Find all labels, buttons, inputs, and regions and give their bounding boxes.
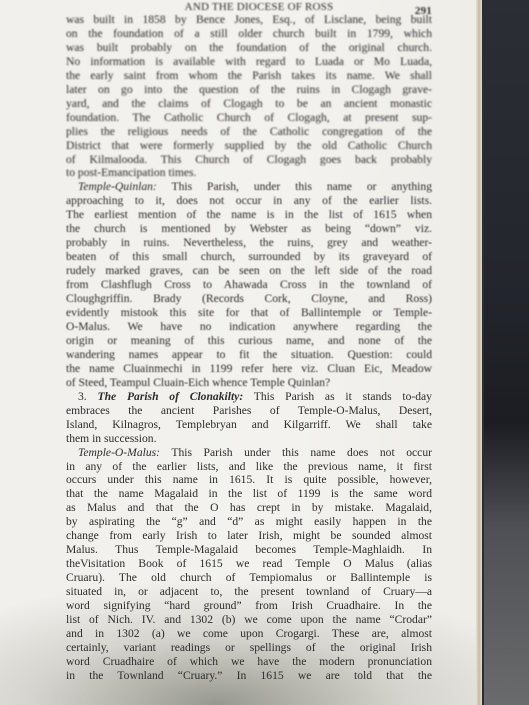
section-number: 3. — [78, 390, 87, 403]
text-line: the early saint from whom the Parish tak… — [66, 69, 432, 83]
paragraph-temple-quinlan: Temple-Quinlan: This Parish, under this … — [66, 180, 432, 389]
text-line: occurs under this name in 1615. It is qu… — [66, 473, 432, 487]
text-line: foundation. The Catholic Church of Cloga… — [66, 111, 432, 125]
text-line: District that were formerly supplied by … — [66, 139, 432, 153]
text-line: change from early Irish to later Irish, … — [66, 529, 432, 543]
text-line: situated in, or adjacent to, the present… — [66, 585, 432, 599]
section-heading: Temple-Quinlan: — [78, 180, 157, 193]
text-line: as Malus and that the O has crept in by … — [66, 501, 432, 515]
running-title: AND THE DIOCESE OF ROSS — [185, 1, 334, 13]
text-line: beaten of this small church, surrounded … — [66, 250, 432, 264]
text-line: Temple-O-Malus: This Parish under this n… — [66, 446, 432, 460]
text-line: Cruaru). The old church of Tempiomalus o… — [66, 571, 432, 585]
text-line: in any of the earlier lists, and like th… — [66, 460, 432, 474]
text-line: No information is available with regard … — [66, 55, 432, 69]
text-line: certainly, variant readings or spellings… — [66, 641, 432, 655]
book-page: AND THE DIOCESE OF ROSS 291 was built in… — [0, 0, 482, 705]
page-edge — [476, 0, 482, 705]
text-line: by aspirating the “g” and “d” as might e… — [66, 515, 432, 529]
text-line: plies the religious needs of the Catholi… — [66, 125, 432, 139]
page-text: AND THE DIOCESE OF ROSS 291 was built in… — [66, 1, 432, 683]
running-header: AND THE DIOCESE OF ROSS 291 — [66, 1, 432, 13]
text-line: list of Nich. IV. and 1302 (b) we come u… — [66, 613, 432, 627]
section-heading: Temple-O-Malus: — [78, 446, 160, 459]
text-line: probably in ruins. Nevertheless, the rui… — [66, 236, 432, 250]
background-surface — [484, 0, 529, 705]
text-line-rest: This Parish as it stands to-day — [254, 390, 432, 403]
text-line: O-Malus. We have no indication anywhere … — [66, 320, 432, 334]
paragraph-temple-o-malus: Temple-O-Malus: This Parish under this n… — [66, 446, 432, 683]
text-line: origin or meaning of this curious name, … — [66, 334, 432, 348]
text-line: of Steed, Teampul Cluain-Eich whence Tem… — [66, 376, 432, 390]
text-line: Temple-Quinlan: This Parish, under this … — [66, 180, 432, 194]
text-line: evidently mistook this site for that of … — [66, 306, 432, 320]
text-line: and in 1302 (a) we come upon Crogargi. T… — [66, 627, 432, 641]
text-line: later on go into the question of the rui… — [66, 83, 432, 97]
text-line: 3. The Parish of Clonakilty: This Parish… — [66, 390, 432, 404]
paragraph-clonakilty: 3. The Parish of Clonakilty: This Parish… — [66, 390, 432, 446]
text-line: approaching to it, does not occur in any… — [66, 194, 432, 208]
text-line: rudely marked graves, can be seen on the… — [66, 264, 432, 278]
text-line-rest: This Parish under this name does not occ… — [171, 446, 432, 459]
text-line: word signifying “hard ground” from Irish… — [66, 599, 432, 613]
text-line: Malus. Thus Temple-Magalaid becomes Temp… — [66, 543, 432, 557]
text-line: word Cruadhaire of which we have the mod… — [66, 655, 432, 669]
text-line: yard, and the claims of Clogagh to be an… — [66, 97, 432, 111]
text-line: of Kilmalooda. This Church of Clogagh go… — [66, 153, 432, 167]
text-line: Island, Kilnagros, Templebryan and Kilga… — [66, 418, 432, 432]
text-line: the name Cluainmechi in 1199 refer here … — [66, 362, 432, 376]
text-line: to post-Emancipation times. — [66, 166, 432, 180]
text-line: from Clashflugh Cross to Ahawada Cross i… — [66, 278, 432, 292]
text-line: on the foundation of a still older churc… — [66, 27, 432, 41]
section-heading: The Parish of Clonakilty: — [97, 390, 243, 403]
text-line: was built in 1858 by Bence Jones, Esq., … — [66, 13, 432, 27]
text-line: was built probably on the foundation of … — [66, 41, 432, 55]
paragraph-clogagh: was built in 1858 by Bence Jones, Esq., … — [66, 13, 432, 180]
text-line: theVisitation Book of 1615 we read Templ… — [66, 557, 432, 571]
text-line: the church is mentioned by Webster as be… — [66, 222, 432, 236]
text-line: that the name Magalaid in the list of 11… — [66, 487, 432, 501]
text-line-rest: This Parish, under this name or anything — [172, 180, 432, 193]
text-line: in the Townland “Cruary.” In 1615 we are… — [66, 669, 432, 683]
text-line: embraces the ancient Parishes of Temple-… — [66, 404, 432, 418]
text-line: wandering names appear to fit the situat… — [66, 348, 432, 362]
text-line: The earliest mention of the name is in t… — [66, 208, 432, 222]
text-line: Cloughgriffin. Brady (Records Cork, Cloy… — [66, 292, 432, 306]
text-line: them in succession. — [66, 432, 432, 446]
